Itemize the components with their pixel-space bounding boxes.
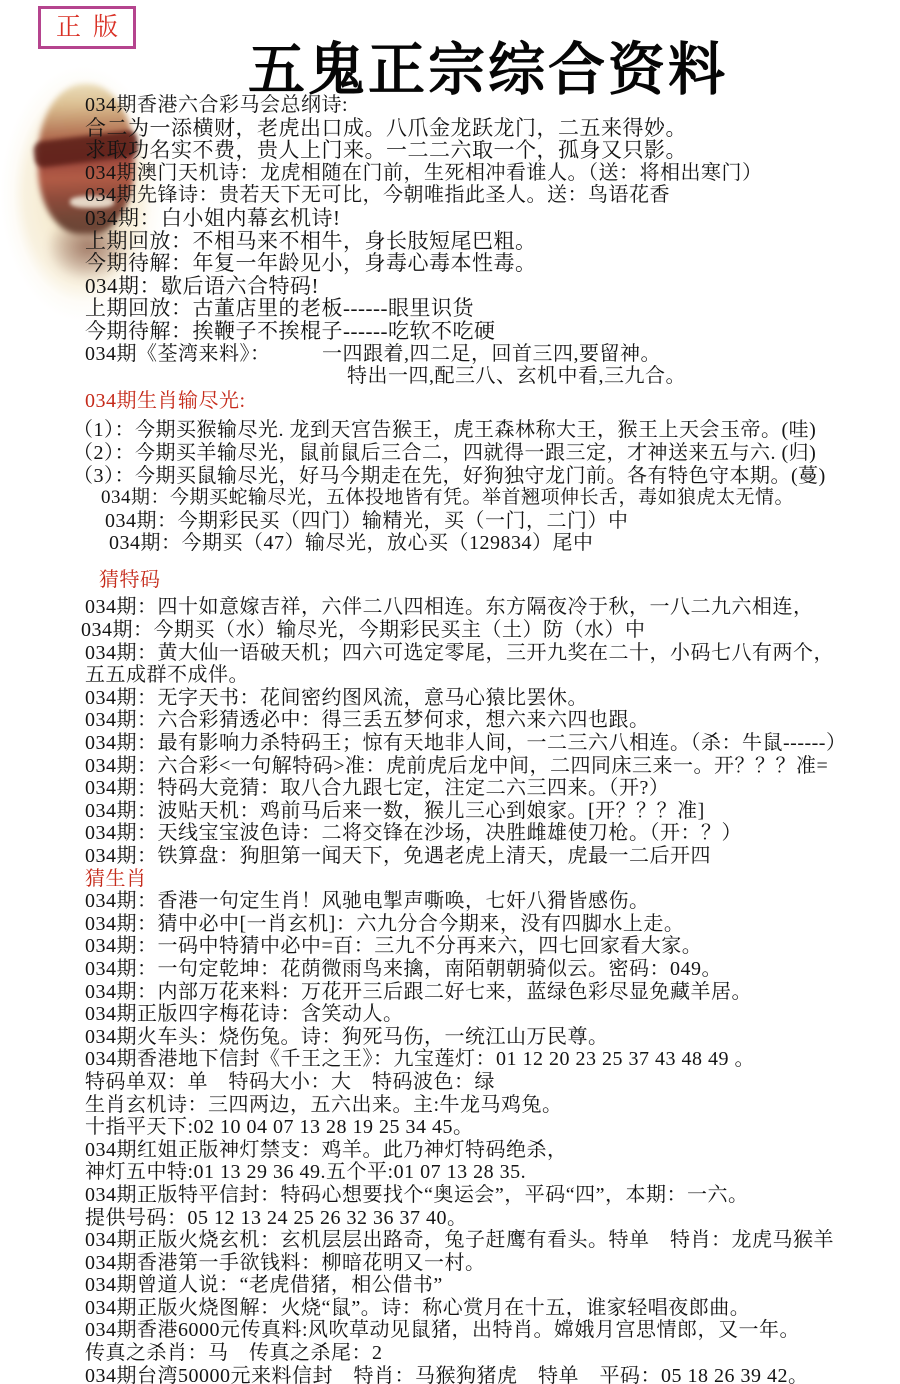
text-line: 特码单双：单 特码大小：大 特码波色：绿 [85, 1071, 900, 1094]
text-line: 034期：六合彩<一句解特码>准：虎前虎后龙中间，二四同床三来一。开？？？准= [85, 755, 900, 778]
text-line: 034期火车头：烧伤兔。诗：狗死马伤，一统江山万民尊。 [85, 1026, 900, 1049]
section-header: 猜特码 [99, 569, 900, 592]
page-title: 五鬼正宗综合资料 [248, 24, 728, 106]
content-lines: 034期香港六合彩马会总纲诗:合二为一添横财，老虎出口成。八爪金龙跃龙门，二五来… [0, 94, 900, 1384]
text-line: 十指平天下:02 10 04 07 13 28 19 25 34 45。 [85, 1116, 900, 1139]
text-line: 生肖玄机诗：三四两边，五六出来。主:牛龙马鸡兔。 [85, 1094, 900, 1117]
text-line: 034期：最有影响力杀特码王；惊有天地非人间，一二三六八相连。（杀：牛鼠----… [85, 732, 900, 755]
text-line: 034期：香港一句定生肖！风驰电掣声嘶唤，七奸八猾皆感伤。 [85, 890, 900, 913]
text-line: 上期回放：古董店里的老板------眼里识货 [85, 297, 900, 320]
text-line: 034期香港第一手欲钱料：柳暗花明又一村。 [85, 1252, 900, 1275]
text-line: 合二为一添横财，老虎出口成。八爪金龙跃龙门，二五来得妙。 [85, 117, 900, 140]
text-line: 034期：今期彩民买（四门）输精光，买（一门，二门）中 [105, 510, 900, 533]
section-header: 034期生肖输尽光: [85, 390, 900, 413]
text-line: 求取功名实不费，贵人上门来。一二二六取一个，孤身又只影。 [85, 139, 900, 162]
text-line: 034期正版火烧图解：火烧“鼠”。诗：称心赏月在十五，谁家轻唱夜郎曲。 [85, 1297, 900, 1320]
text-line: 034期：一句定乾坤：花荫微雨鸟来擒，南陌朝朝骑似云。密码：049。 [85, 958, 900, 981]
text-line: 上期回放：不相马来不相牛，身长肢短尾巴粗。 [85, 230, 900, 253]
text-line: 034期：歇后语六合特码! [85, 275, 900, 298]
text-line: 034期：波贴天机：鸡前马后来一数，猴儿三心到娘家。[开？？？准] [85, 800, 900, 823]
text-line: 034期澳门天机诗：龙虎相随在门前，生死相冲看谁人。（送：将相出寒门） [85, 162, 900, 185]
text-line: 今期待解：年复一年龄见小，身毒心毒本性毒。 [85, 252, 900, 275]
section-header: 猜生肖 [85, 868, 900, 891]
text-line: 提供号码：05 12 13 24 25 26 32 36 37 40。 [85, 1207, 900, 1230]
text-line: 034期正版火烧玄机：玄机层层出路奇，兔子赶鹰有看头。特单 特肖：龙虎马猴羊 [85, 1229, 900, 1252]
text-line: 034期曾道人说：“老虎借猪，相公借书” [85, 1274, 900, 1297]
text-line: 034期：特码大竞猜：取八合九跟七定，注定二六三四来。（开?） [85, 777, 900, 800]
text-line: 034期香港6000元传真料:风吹草动见鼠猪，出特肖。嫦娥月宫思情郎，又一年。 [85, 1319, 900, 1342]
text-line: 传真之杀肖：马 传真之杀尾：2 [85, 1342, 900, 1365]
text-line: 034期：今期买蛇输尽光，五体投地皆有凭。举首翘项伸长舌，毒如狼虎太无情。 [101, 487, 900, 510]
text-line: 今期待解：挨鞭子不挨棍子------吃软不吃硬 [85, 320, 900, 343]
text-line: 神灯五中特:01 13 29 36 49.五个平:01 07 13 28 35. [85, 1161, 900, 1184]
lottery-info-sheet: 正版 五鬼正宗综合资料 034期香港六合彩马会总纲诗:合二为一添横财，老虎出口成… [0, 0, 900, 1384]
text-line: 特出一四,配三八、玄机中看,三九合。 [347, 365, 900, 388]
text-line: 034期：白小姐内幕玄机诗! [85, 207, 900, 230]
text-line: 034期香港地下信封《千王之王》：九宝莲灯：01 12 20 23 25 37 … [85, 1048, 900, 1071]
text-line: 034期先锋诗：贵若天下无可比，今朝唯指此圣人。送：鸟语花香 [85, 184, 900, 207]
text-line: 034期正版四字梅花诗：含笑动人。 [85, 1003, 900, 1026]
text-line: （3）：今期买鼠输尽光，好马今期走在先，好狗独守龙门前。各有特色守本期。(蔓) [73, 465, 900, 488]
authentic-badge: 正版 [38, 6, 136, 49]
text-line: 034期：一码中特猜中必中=百：三九不分再来六，四七回家看大家。 [85, 935, 900, 958]
text-line: 034期：今期买（水）输尽光，今期彩民买主（土）防（水）中 [81, 619, 900, 642]
text-line: 034期：无字天书：花间密约图风流，意马心猿比罢休。 [85, 687, 900, 710]
text-line: 034期：六合彩猜透必中：得三丢五梦何求，想六来六四也跟。 [85, 709, 900, 732]
text-line: 034期：猜中必中[一肖玄机]：六九分合今期来，没有四脚水上走。 [85, 913, 900, 936]
text-line: 034期正版特平信封：特码心想要找个“奥运会”，平码“四”，本期：一六。 [85, 1184, 900, 1207]
text-line: 034期台湾50000元来料信封 特肖：马猴狗猪虎 特单 平码：05 18 26… [85, 1365, 900, 1384]
text-line: 034期红姐正版神灯禁支：鸡羊。此乃神灯特码绝杀， [85, 1139, 900, 1162]
text-line: 034期：黄大仙一语破天机；四六可选定零尾，三开九奖在二十，小码七八有两个， [85, 642, 900, 665]
text-line: 五五成群不成伴。 [85, 664, 900, 687]
text-line: 034期：铁算盘：狗胆第一闻天下，免遇老虎上清天，虎最一二后开四 [85, 845, 900, 868]
text-line: 034期：内部万花来料：万花开三后跟二好七来，蓝绿色彩尽显免藏羊居。 [85, 981, 900, 1004]
authentic-badge-label: 正版 [44, 15, 130, 40]
text-line: （2）：今期买羊输尽光，鼠前鼠后三合二，四就得一跟三定，才神送来五与六. (归) [73, 442, 900, 465]
text-line: 034期：四十如意嫁吉祥，六伴二八四相连。东方隔夜冷于秋，一八二九六相连， [85, 596, 900, 619]
text-line: 034期《荃湾来料》： 一四跟着,四二足，回首三四,要留神。 [85, 343, 900, 366]
text-line: 034期：天线宝宝波色诗：二将交锋在沙场，决胜雌雄使刀枪。（开：？） [85, 822, 900, 845]
text-line: （1）：今期买猴输尽光. 龙到天宫告猴王，虎王森林称大王，猴王上天会玉帝。(哇) [73, 419, 900, 442]
text-line: 034期：今期买（47）输尽光，放心买（129834）尾中 [109, 532, 900, 555]
